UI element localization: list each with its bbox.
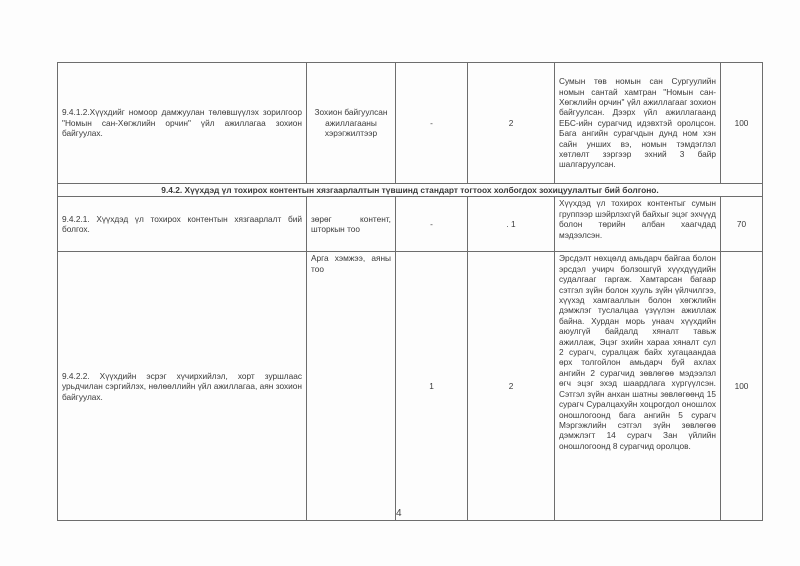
activity-cell: 9.4.1.2.Хүүхдийг номоор дамжуулан төлөвш…: [58, 63, 307, 184]
score-cell: 100: [721, 252, 763, 521]
indicator-cell: Арга хэмжээ, аяны тоо: [307, 252, 396, 521]
result-cell: Эрсдэлт нөхцөлд амьдарч байгаа болон эрс…: [555, 252, 721, 521]
activity-cell: 9.4.2.1. Хүүхдэд үл тохирох контентын хя…: [58, 197, 307, 252]
page-number: 4: [396, 508, 402, 519]
table-row: 9.4.2.2. Хүүхдийн эсрэг хүчирхийлэл, хор…: [58, 252, 763, 521]
activity-cell: 9.4.2.2. Хүүхдийн эсрэг хүчирхийлэл, хор…: [58, 252, 307, 521]
score-cell: 70: [721, 197, 763, 252]
baseline-cell: -: [396, 197, 468, 252]
section-heading-row: 9.4.2. Хүүхдэд үл тохирох контентын хязг…: [58, 184, 763, 197]
result-cell: Сумын төв номын сан Сургуулийн номын сан…: [555, 63, 721, 184]
document-page: 9.4.1.2.Хүүхдийг номоор дамжуулан төлөвш…: [0, 0, 800, 566]
target-cell: . 1: [468, 197, 555, 252]
baseline-cell: 1: [396, 252, 468, 521]
indicator-cell: Зохион байгуулсан ажиллагааны хэрэгжилтэ…: [307, 63, 396, 184]
section-heading: 9.4.2. Хүүхдэд үл тохирох контентын хязг…: [58, 184, 763, 197]
table-row: 9.4.2.1. Хүүхдэд үл тохирох контентын хя…: [58, 197, 763, 252]
indicator-cell: зөрөг контент, шторкын тоо: [307, 197, 396, 252]
baseline-cell: -: [396, 63, 468, 184]
score-cell: 100: [721, 63, 763, 184]
result-cell: Хүүхдэд үл тохирох контентыг сумын групп…: [555, 197, 721, 252]
report-table: 9.4.1.2.Хүүхдийг номоор дамжуулан төлөвш…: [57, 62, 763, 521]
target-cell: 2: [468, 252, 555, 521]
target-cell: 2: [468, 63, 555, 184]
table-row: 9.4.1.2.Хүүхдийг номоор дамжуулан төлөвш…: [58, 63, 763, 184]
